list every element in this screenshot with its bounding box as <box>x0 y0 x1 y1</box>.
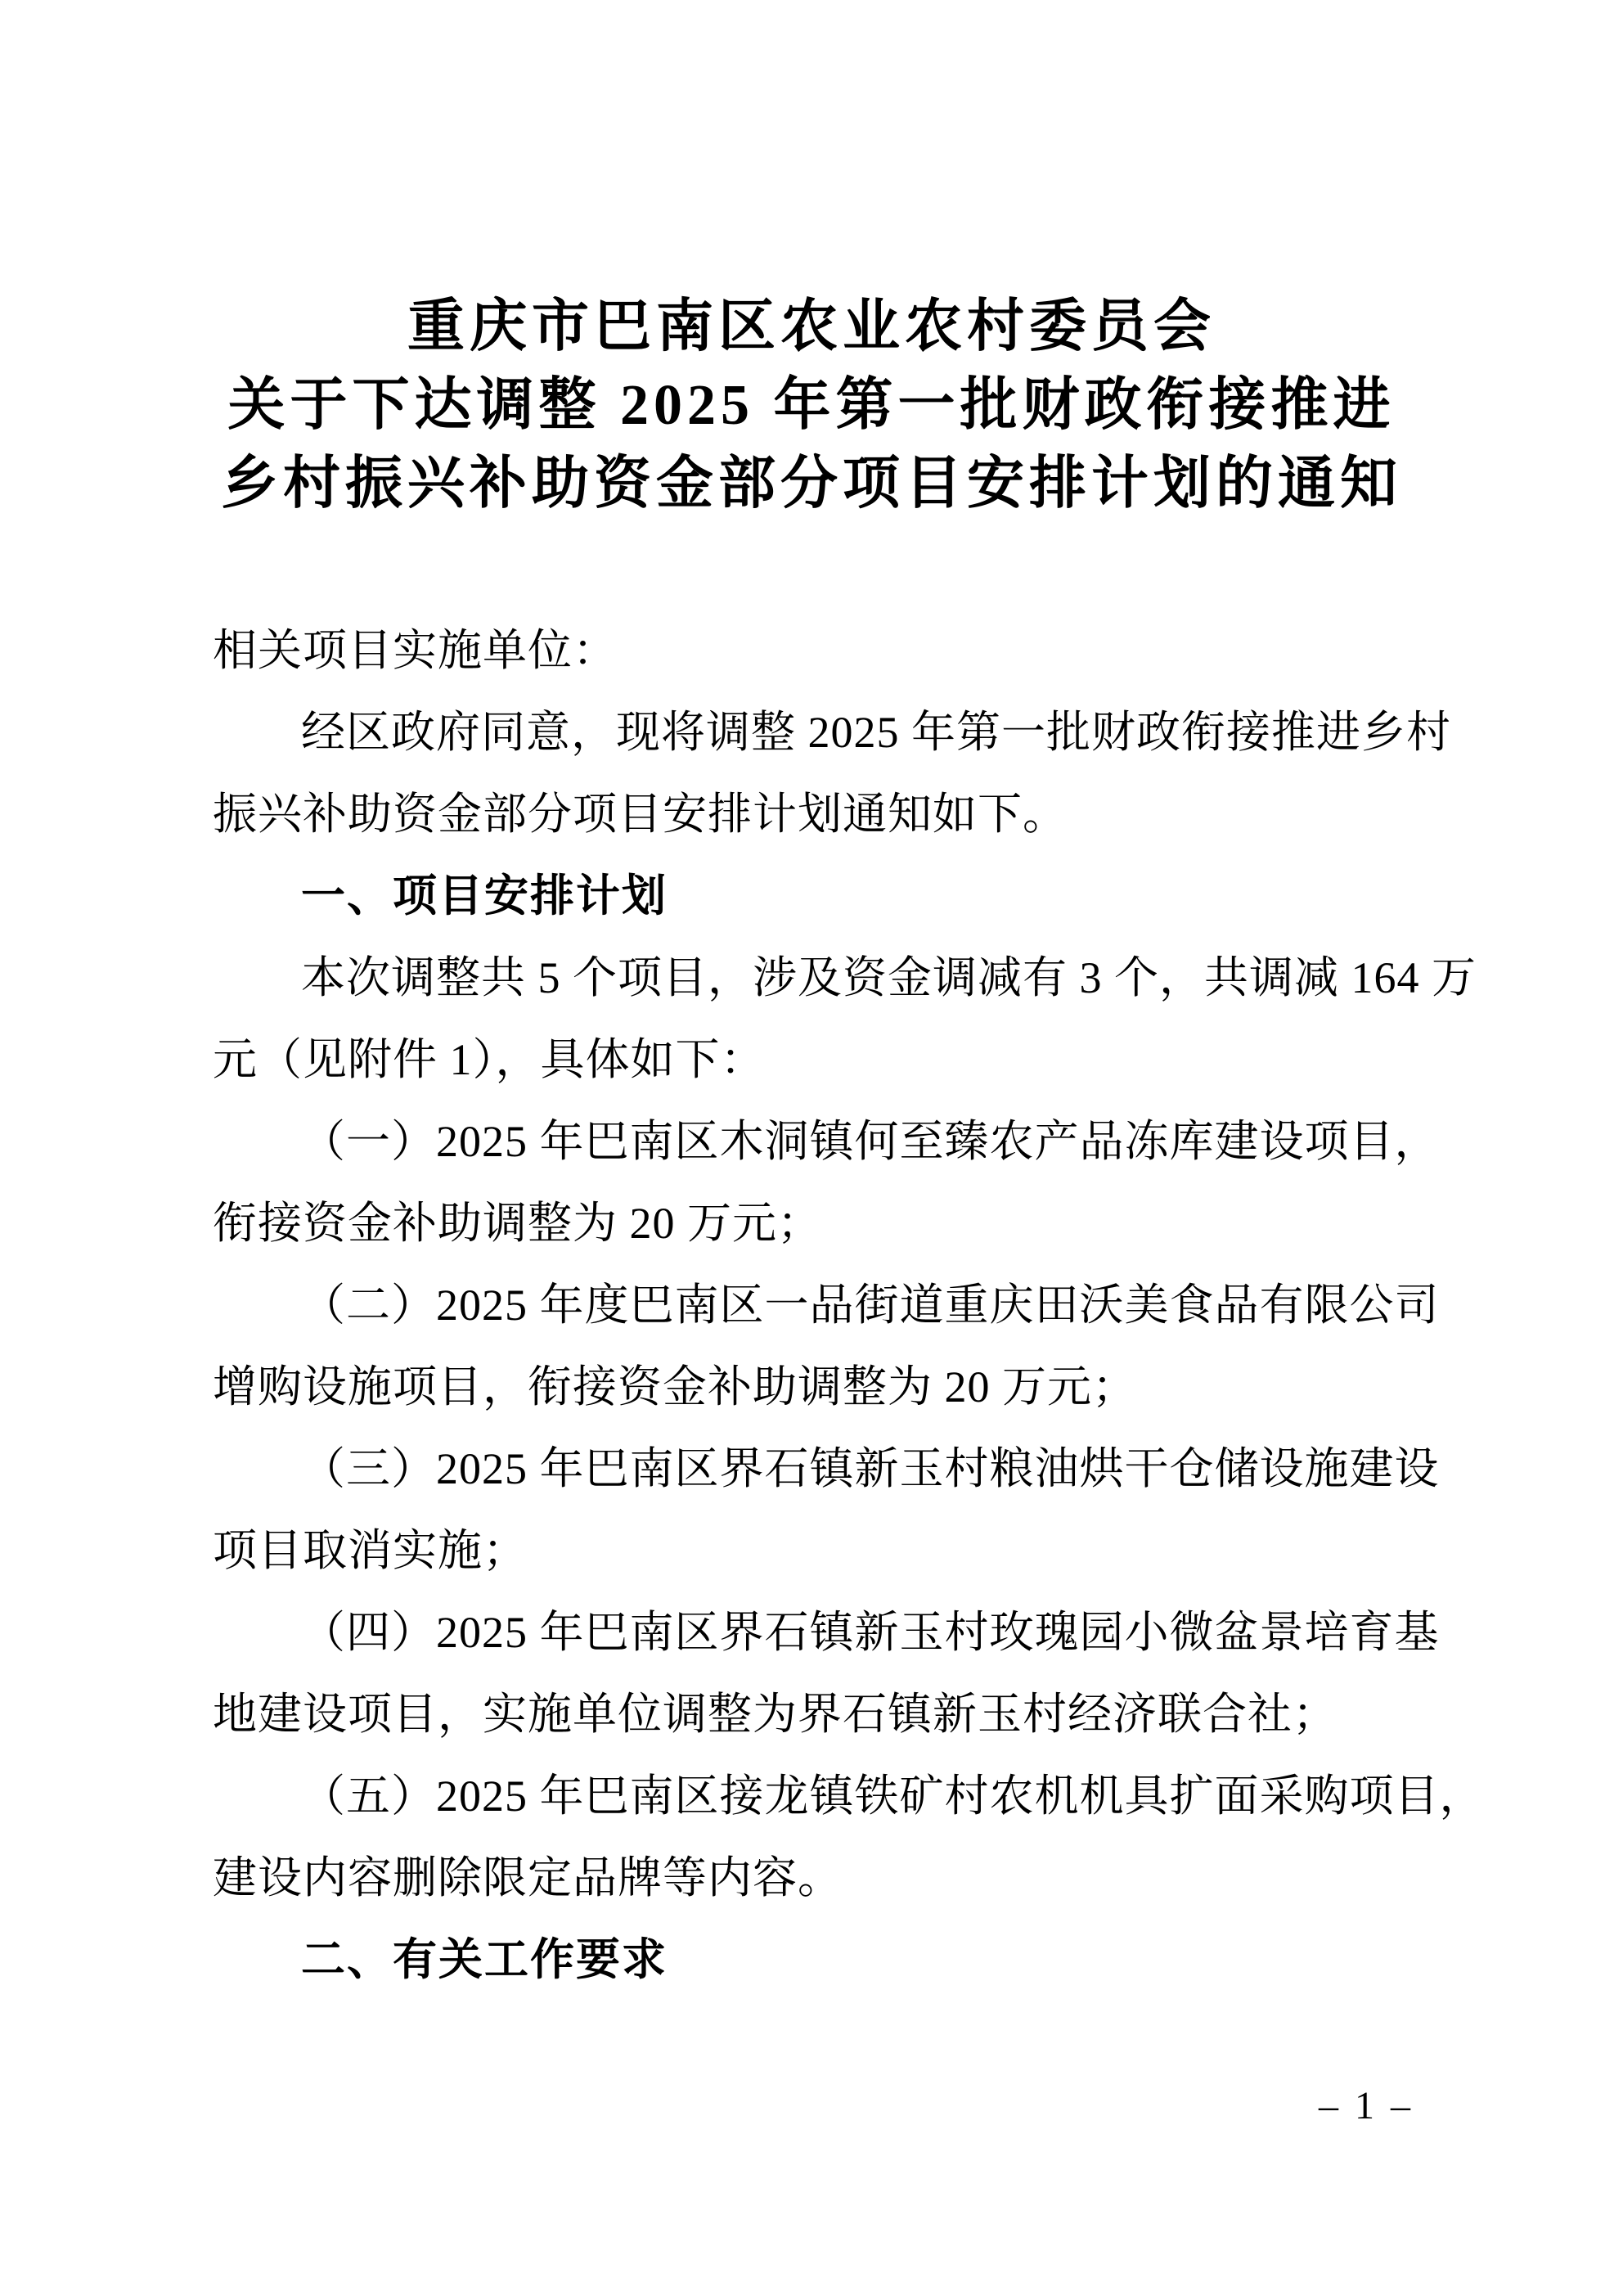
title-line: 重庆市巴南区农业农村委员会 <box>0 288 1623 367</box>
body-line: 衔接资金补助调整为 20 万元； <box>213 1182 1405 1264</box>
title-line: 乡村振兴补助资金部分项目安排计划的通知 <box>0 445 1623 524</box>
body-line: （四）2025 年巴南区界石镇新玉村玫瑰园小微盆景培育基 <box>213 1591 1405 1673</box>
body-line: 相关项目实施单位： <box>213 610 1405 691</box>
section-heading: 二、有关工作要求 <box>213 1919 1405 2001</box>
body-line: 元（见附件 1），具体如下： <box>213 1019 1405 1101</box>
body-line: 振兴补助资金部分项目安排计划通知如下。 <box>213 773 1405 855</box>
title-line: 关于下达调整 2025 年第一批财政衔接推进 <box>0 367 1623 445</box>
body-line: 增购设施项目，衔接资金补助调整为 20 万元； <box>213 1346 1405 1428</box>
body-line: （五）2025 年巴南区接龙镇铁矿村农机机具扩面采购项目， <box>213 1755 1405 1837</box>
body-line: （三）2025 年巴南区界石镇新玉村粮油烘干仓储设施建设 <box>213 1428 1405 1510</box>
body-line: （一）2025 年巴南区木洞镇何至臻农产品冻库建设项目， <box>213 1101 1405 1182</box>
body-line: 建设内容删除限定品牌等内容。 <box>213 1837 1405 1919</box>
page-number: – 1 – <box>1276 2083 1456 2128</box>
body-line: （二）2025 年度巴南区一品街道重庆田沃美食品有限公司 <box>213 1264 1405 1346</box>
document-body: 相关项目实施单位：经区政府同意，现将调整 2025 年第一批财政衔接推进乡村振兴… <box>213 610 1405 2001</box>
document-title: 重庆市巴南区农业农村委员会关于下达调整 2025 年第一批财政衔接推进乡村振兴补… <box>0 288 1623 524</box>
document-page: 重庆市巴南区农业农村委员会关于下达调整 2025 年第一批财政衔接推进乡村振兴补… <box>0 0 1623 2296</box>
body-line: 本次调整共 5 个项目，涉及资金调减有 3 个，共调减 164 万 <box>213 937 1405 1019</box>
body-line: 地建设项目，实施单位调整为界石镇新玉村经济联合社； <box>213 1673 1405 1755</box>
body-line: 经区政府同意，现将调整 2025 年第一批财政衔接推进乡村 <box>213 691 1405 773</box>
section-heading: 一、项目安排计划 <box>213 855 1405 937</box>
body-line: 项目取消实施； <box>213 1510 1405 1591</box>
